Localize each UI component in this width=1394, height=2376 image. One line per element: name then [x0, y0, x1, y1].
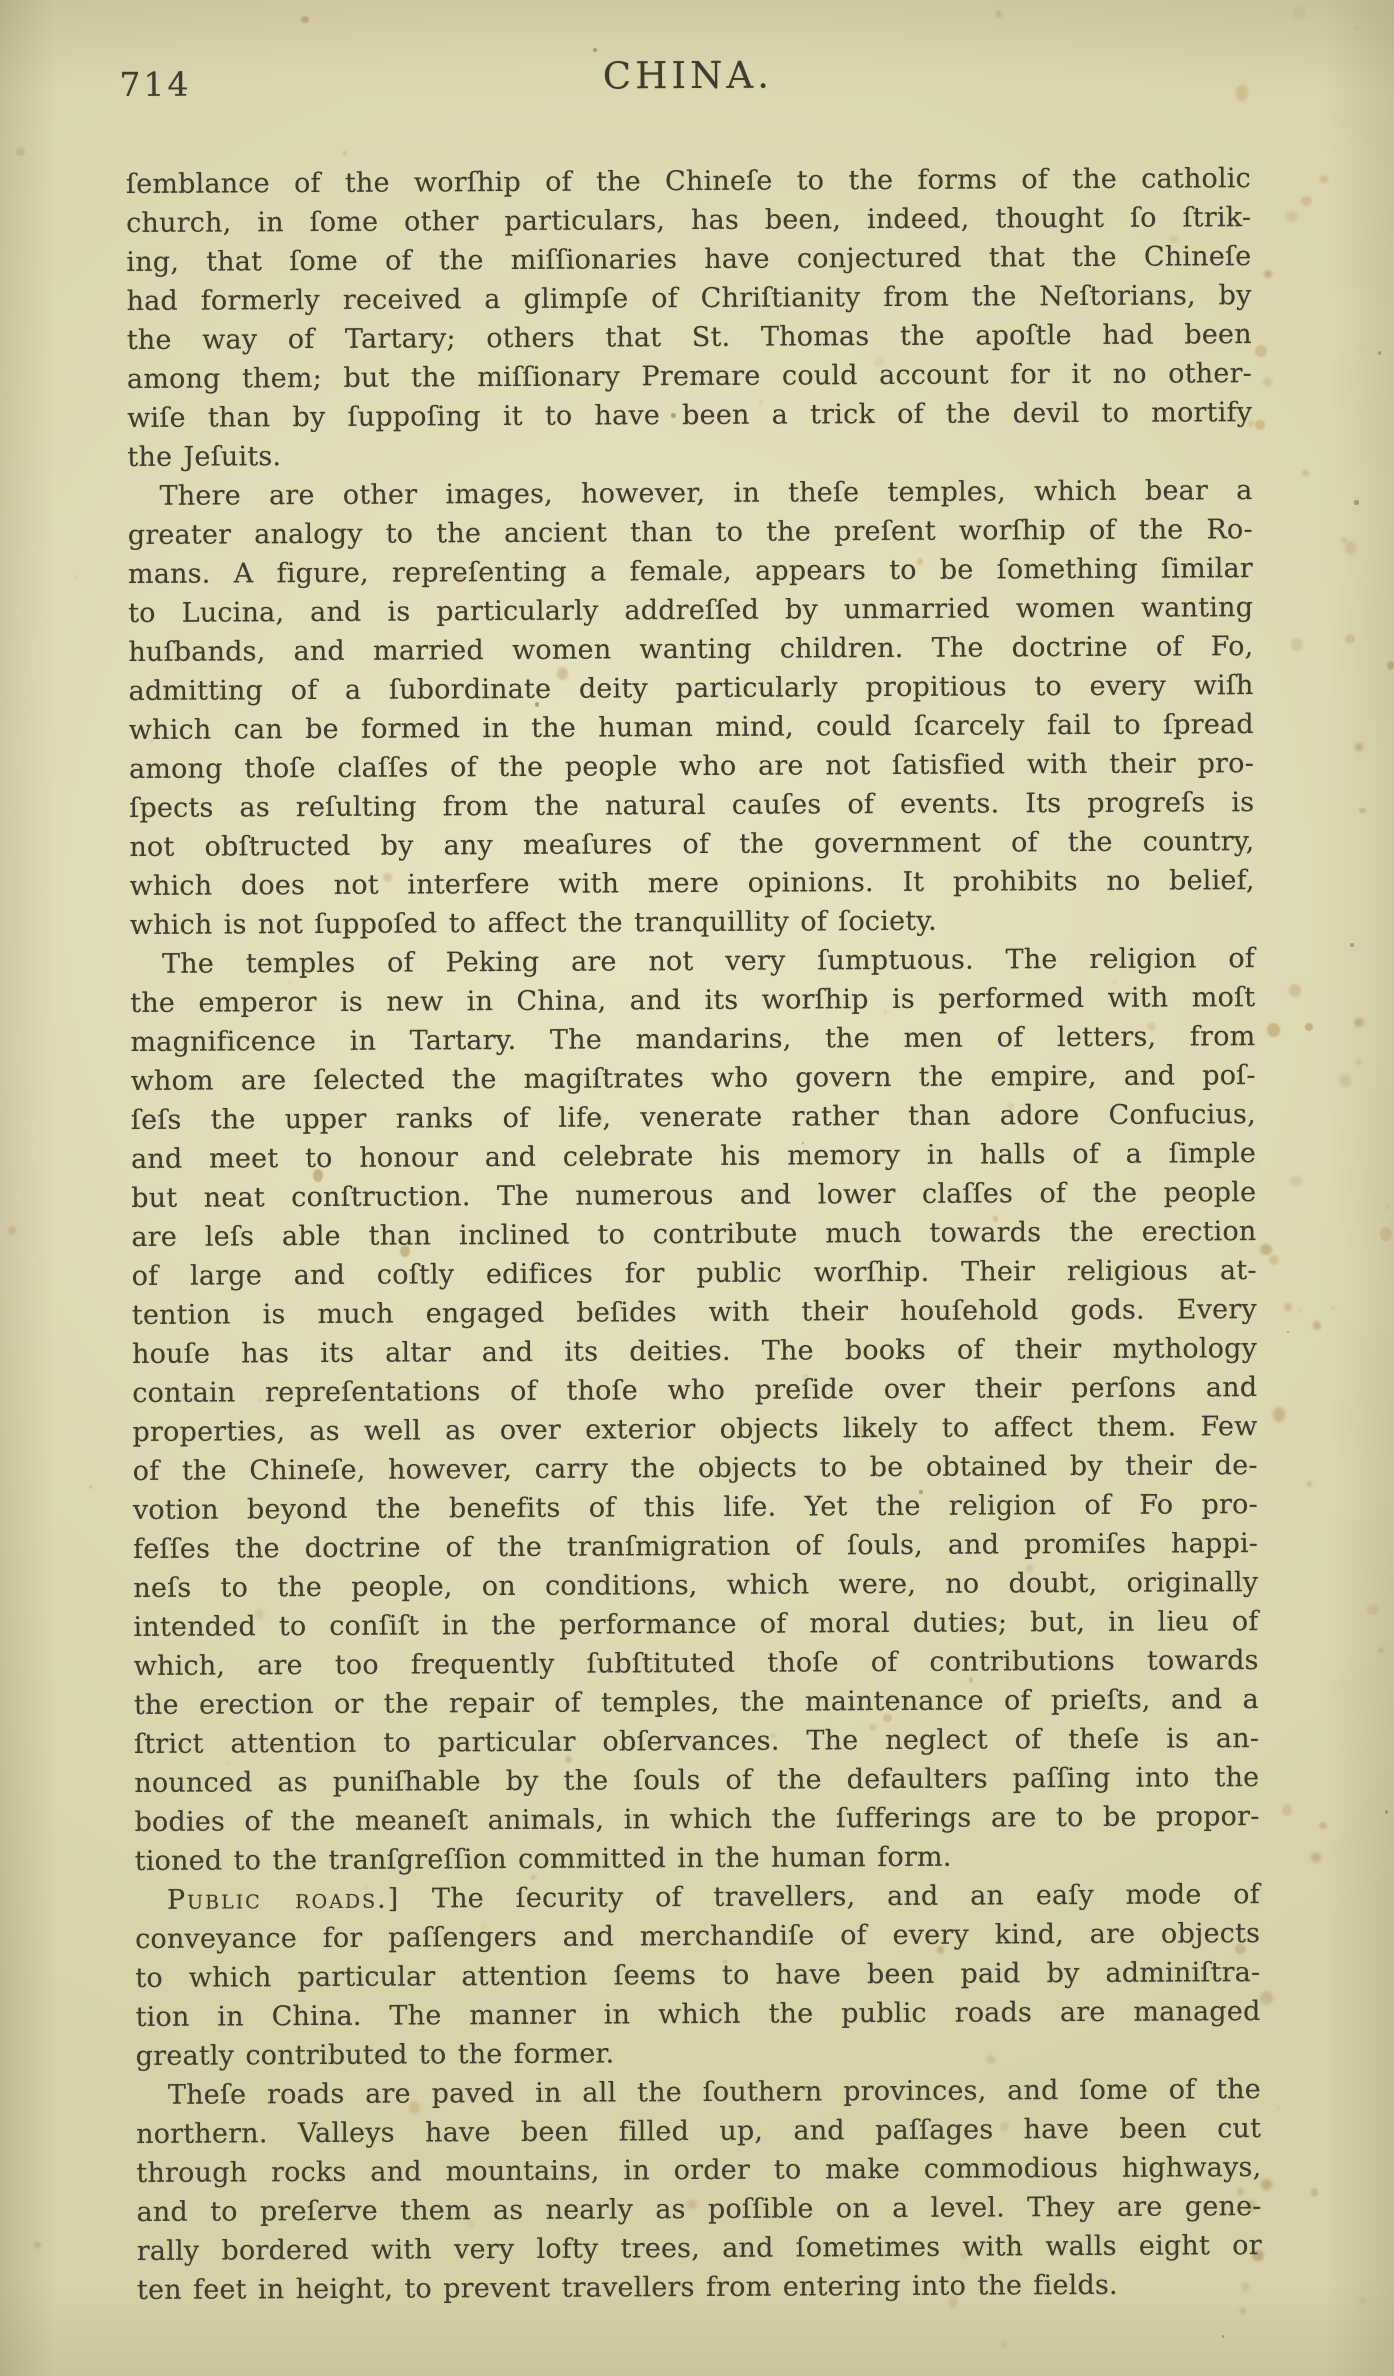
- text-line: had formerly received a glimpſe of Chriſ…: [126, 276, 1251, 321]
- foxing-spot: [301, 16, 309, 24]
- text-line: northern. Valleys have been filled up, a…: [136, 2109, 1261, 2154]
- text-line: greatly contributed to the former.: [136, 2031, 1261, 2076]
- text-line: the Jeſuits.: [127, 432, 1252, 477]
- foxing-spot: [1240, 2307, 1246, 2314]
- paragraph: Theſe roads are paved in all the ſouther…: [136, 2070, 1262, 2310]
- text-line: ſpects as reſulting from the natural cau…: [129, 783, 1254, 828]
- text-line: ten feet in height, to prevent traveller…: [137, 2265, 1262, 2310]
- text-line: bodies of the meaneſt animals, in which …: [134, 1797, 1259, 1842]
- text-line: conveyance for paſſengers and merchandiſ…: [135, 1914, 1260, 1959]
- text-line: feſſes the doctrine of the tranſmigratio…: [133, 1524, 1258, 1569]
- text-line: ſeſs the upper ranks of life, venerate r…: [131, 1095, 1256, 1140]
- text-line: of the Chineſe, however, carry the objec…: [133, 1446, 1258, 1491]
- paragraph: ſemblance of the worſhip of the Chineſe …: [126, 159, 1253, 477]
- text-line: and to preſerve them as nearly as poſſib…: [136, 2187, 1261, 2232]
- text-line: the emperor is new in China, and its wor…: [130, 978, 1255, 1023]
- text-line: not obſtructed by any meaſures of the go…: [129, 822, 1254, 867]
- text-line: through rocks and mountains, in order to…: [136, 2148, 1261, 2193]
- text-line: huſbands, and married women wanting chil…: [128, 627, 1253, 672]
- foxing-spot: [1293, 6, 1305, 20]
- text-line: houſe has its altar and its deities. The…: [132, 1329, 1257, 1374]
- text-line: tention is much engaged beſides with the…: [132, 1290, 1257, 1335]
- running-head: 714 CHINA.: [125, 51, 1250, 105]
- paragraph: The temples of Peking are not very ſumpt…: [130, 939, 1260, 1881]
- text-line: among them; but the miſſionary Premare c…: [127, 354, 1252, 399]
- text-line: whom are ſelected the magiſtrates who go…: [131, 1056, 1256, 1101]
- running-title: CHINA.: [125, 51, 1250, 100]
- text-line: rally bordered with very lofty trees, an…: [137, 2226, 1262, 2271]
- text-line: nounced as puniſhable by the ſouls of th…: [134, 1758, 1259, 1803]
- text-line: neſs to the people, on conditions, which…: [133, 1563, 1258, 1608]
- text-line: the way of Tartary; others that St. Thom…: [127, 315, 1252, 360]
- text-line: intended to conſiſt in the performance o…: [133, 1602, 1258, 1647]
- text-line: There are other images, however, in theſ…: [127, 471, 1252, 516]
- book-page: 714 CHINA. ſemblance of the worſhip of t…: [0, 0, 1394, 2376]
- text-line: wiſe than by ſuppoſing it to have been a…: [127, 393, 1252, 438]
- text-line: tioned to the tranſgreſſion committed in…: [135, 1836, 1260, 1881]
- text-line: but neat conſtruction. The numerous and …: [131, 1173, 1256, 1218]
- text-line: The temples of Peking are not very ſumpt…: [130, 939, 1255, 984]
- foxing-spot: [1222, 2335, 1225, 2338]
- text-line: greater analogy to the ancient than to t…: [128, 510, 1253, 555]
- text-line: which, are too frequently ſubſtituted th…: [134, 1641, 1259, 1686]
- text-line: ſemblance of the worſhip of the Chineſe …: [126, 159, 1251, 204]
- text-line: which does not interfere with mere opini…: [130, 861, 1255, 906]
- foxing-spot: [996, 10, 1003, 18]
- foxing-spot: [593, 48, 597, 52]
- text-line: magnificence in Tartary. The mandarins, …: [130, 1017, 1255, 1062]
- paragraph: Public roads.] The ſecurity of traveller…: [135, 1875, 1261, 2076]
- page-content: 714 CHINA. ſemblance of the worſhip of t…: [0, 50, 1394, 2310]
- text-line: properties, as well as over exterior obj…: [132, 1407, 1257, 1452]
- text-line: contain repreſentations of thoſe who pre…: [132, 1368, 1257, 1413]
- text-line: church, in ſome other particulars, has b…: [126, 198, 1251, 243]
- text-line: to which particular attention ſeems to h…: [135, 1953, 1260, 1998]
- foxing-spot: [1002, 2342, 1007, 2348]
- text-segment: The ſecurity of travellers, and an eaſy …: [400, 1879, 1260, 1915]
- text-line: votion beyond the benefits of this life.…: [133, 1485, 1258, 1530]
- text-line: which can be formed in the human mind, c…: [129, 705, 1254, 750]
- text-line: the erection or the repair of temples, t…: [134, 1680, 1259, 1725]
- foxing-spot: [1355, 26, 1359, 31]
- text-line: admitting of a ſubordinate deity particu…: [129, 666, 1254, 711]
- text-line: and meet to honour and celebrate his mem…: [131, 1134, 1256, 1179]
- paragraph: There are other images, however, in theſ…: [127, 471, 1254, 945]
- text-line: ing, that ſome of the miſſionaries have …: [126, 237, 1251, 282]
- section-heading: Public roads.]: [167, 1884, 400, 1916]
- text-line: which is not ſuppoſed to affect the tran…: [130, 900, 1255, 945]
- text-line: tion in China. The manner in which the p…: [135, 1992, 1260, 2037]
- text-line: mans. A figure, repreſenting a female, a…: [128, 549, 1253, 594]
- text-line: Public roads.] The ſecurity of traveller…: [135, 1875, 1260, 1920]
- text-line: Theſe roads are paved in all the ſouther…: [136, 2070, 1261, 2115]
- text-line: among thoſe claſſes of the people who ar…: [129, 744, 1254, 789]
- text-line: ſtrict attention to particular obſervanc…: [134, 1719, 1259, 1764]
- text-line: of large and coſtly edifices for public …: [132, 1251, 1257, 1296]
- text-line: to Lucina, and is particularly addreſſed…: [128, 588, 1253, 633]
- text-line: are leſs able than inclined to contribut…: [131, 1212, 1256, 1257]
- page-text: ſemblance of the worſhip of the Chineſe …: [126, 159, 1262, 2310]
